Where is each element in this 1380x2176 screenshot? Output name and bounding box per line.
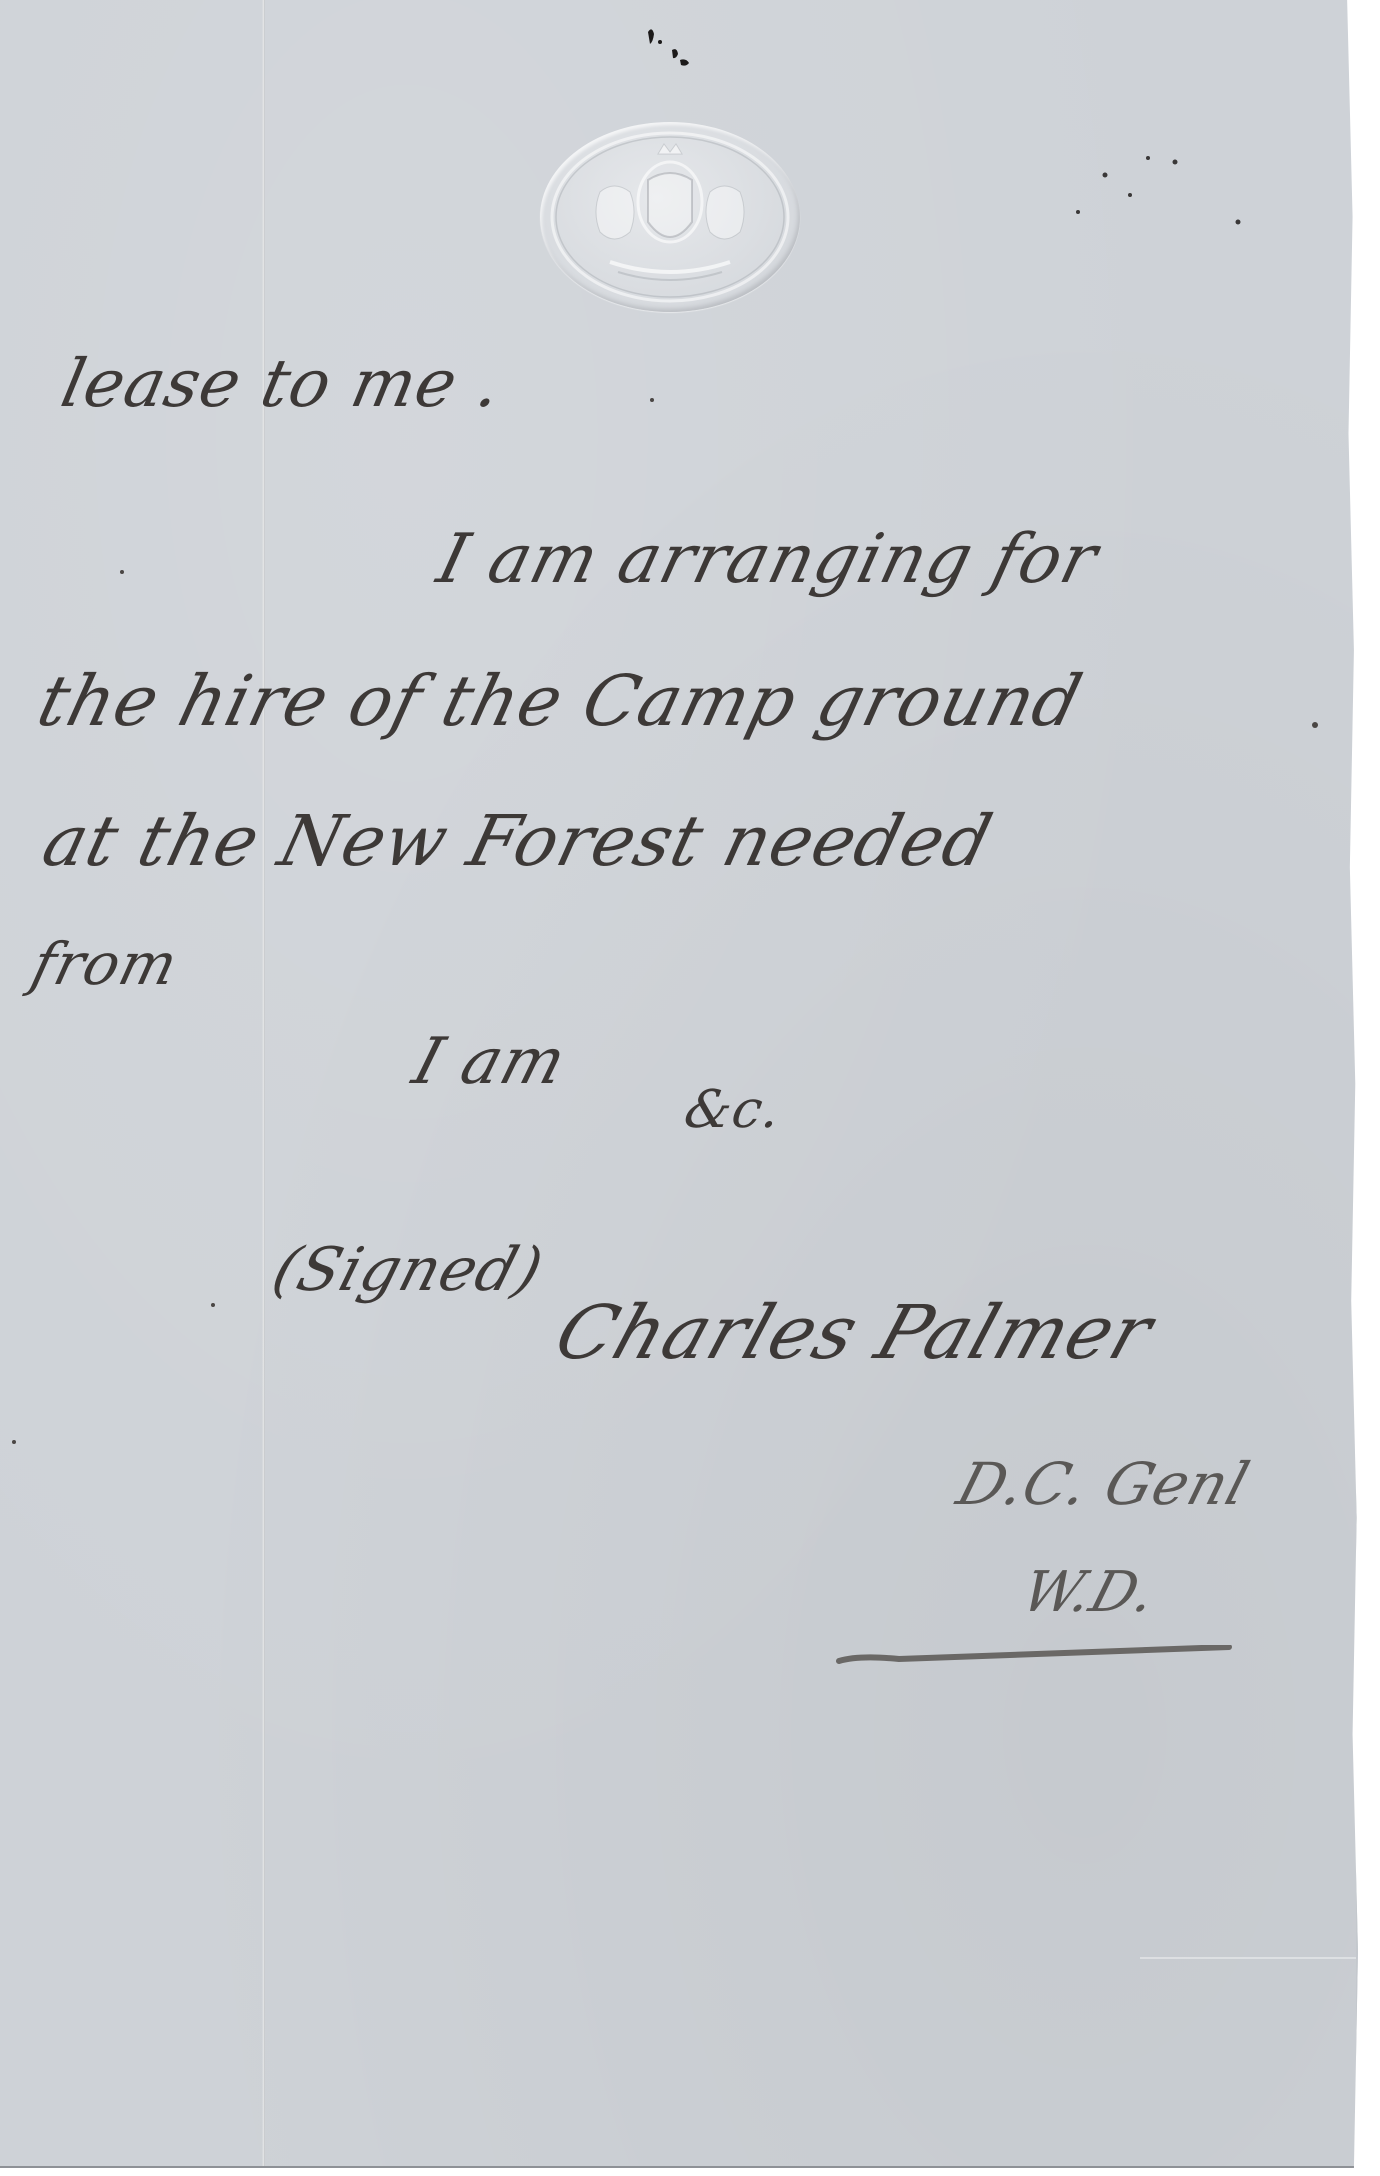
horizontal-fold-crease — [1140, 1957, 1356, 1959]
text-line: I am arranging for — [430, 520, 1106, 599]
text-line: at the New Forest needed — [35, 800, 1000, 882]
pin-holes — [980, 100, 1280, 250]
text-line: the hire of the Camp ground — [30, 660, 1090, 742]
ink-dot — [12, 1440, 16, 1444]
signed-label: (Signed) — [265, 1235, 551, 1305]
ink-spots — [640, 20, 740, 100]
signature-department: W.D. — [1015, 1560, 1164, 1625]
ink-dot — [1312, 722, 1318, 728]
closing-etc: &c. — [680, 1080, 786, 1140]
ink-dot — [650, 398, 654, 402]
letter-page: lease to me . I am arranging for the hir… — [0, 0, 1358, 2168]
text-line: from — [25, 930, 185, 998]
ink-dot — [120, 570, 124, 574]
ink-dot — [211, 1303, 215, 1307]
signature-underline — [835, 1645, 1235, 1667]
signature-name: Charles Palmer — [545, 1290, 1163, 1376]
signature-title: D.C. Genl — [950, 1450, 1257, 1518]
closing-i-am: I am — [405, 1025, 575, 1099]
vertical-fold-crease — [262, 0, 265, 2166]
text-line: lease to me . — [55, 345, 509, 422]
royal-coat-of-arms-emboss-icon — [540, 122, 800, 312]
